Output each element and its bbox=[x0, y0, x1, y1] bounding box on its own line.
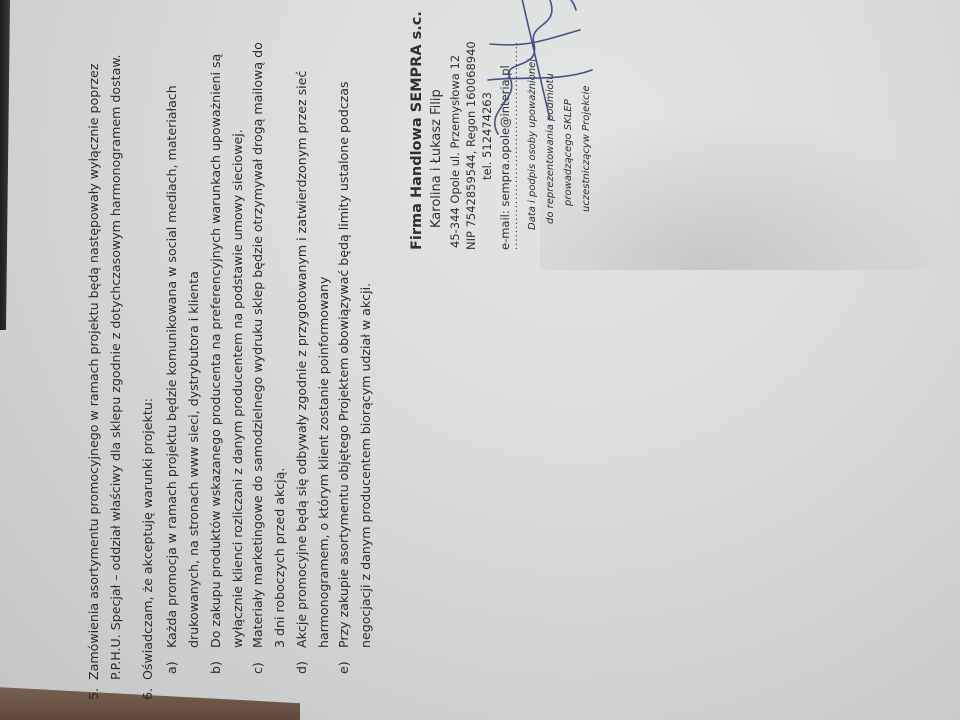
item-d-line-1: Akcje promocyjne będą się odbywały zgodn… bbox=[296, 71, 309, 648]
section-5-line-2: P.P.H.U. Specjał – oddział właściwy dla … bbox=[110, 55, 123, 680]
item-a-letter: a) bbox=[166, 661, 179, 674]
item-b-line-1: Do zakupu produktów wskazanego producent… bbox=[210, 54, 223, 648]
item-d-letter: d) bbox=[296, 661, 309, 674]
item-e-line-1: Przy zakupie asortymentu objętego Projek… bbox=[338, 81, 351, 648]
item-c-line-2: 3 dni roboczych przed akcją. bbox=[274, 468, 287, 648]
stamp-company: Firma Handlowa SEMPRA s.c. bbox=[410, 11, 425, 250]
item-c-letter: c) bbox=[252, 662, 265, 674]
item-b-letter: b) bbox=[210, 661, 223, 674]
item-d-line-2: harmonogramem, o którym klient zostanie … bbox=[318, 277, 331, 648]
paper-fold-shadow bbox=[540, 110, 960, 270]
item-e-line-2: negocjacji z danym producentem biorącym … bbox=[360, 283, 373, 648]
section-6-number: 6. bbox=[142, 688, 155, 700]
item-e-letter: e) bbox=[338, 661, 351, 674]
stamp-owners: Karolina i Łukasz Filip bbox=[430, 89, 443, 228]
section-6-intro: Oświadczam, że akceptuję warunki projekt… bbox=[142, 398, 155, 680]
handwritten-signature bbox=[480, 0, 600, 140]
item-c-line-1: Materiały marketingowe do samodzielnego … bbox=[252, 42, 265, 648]
item-b-line-2: wyłącznie klienci rozliczani z danym pro… bbox=[232, 129, 245, 648]
rotated-document: 5. Zamówienia asortymentu promocyjnego w… bbox=[80, 0, 600, 700]
item-a-line-2: drukowanych, na stronach www sieci, dyst… bbox=[188, 271, 201, 648]
stamp-address: 45-344 Opole ul. Przemysłowa 12 bbox=[450, 55, 462, 248]
stamp-ids: NIP 7542859544, Regon 160068940 bbox=[466, 41, 478, 250]
section-5-line-1: Zamówienia asortymentu promocyjnego w ra… bbox=[88, 64, 101, 680]
section-5-number: 5. bbox=[88, 688, 101, 700]
item-a-line-1: Każda promocja w ramach projektu będzie … bbox=[166, 85, 179, 648]
